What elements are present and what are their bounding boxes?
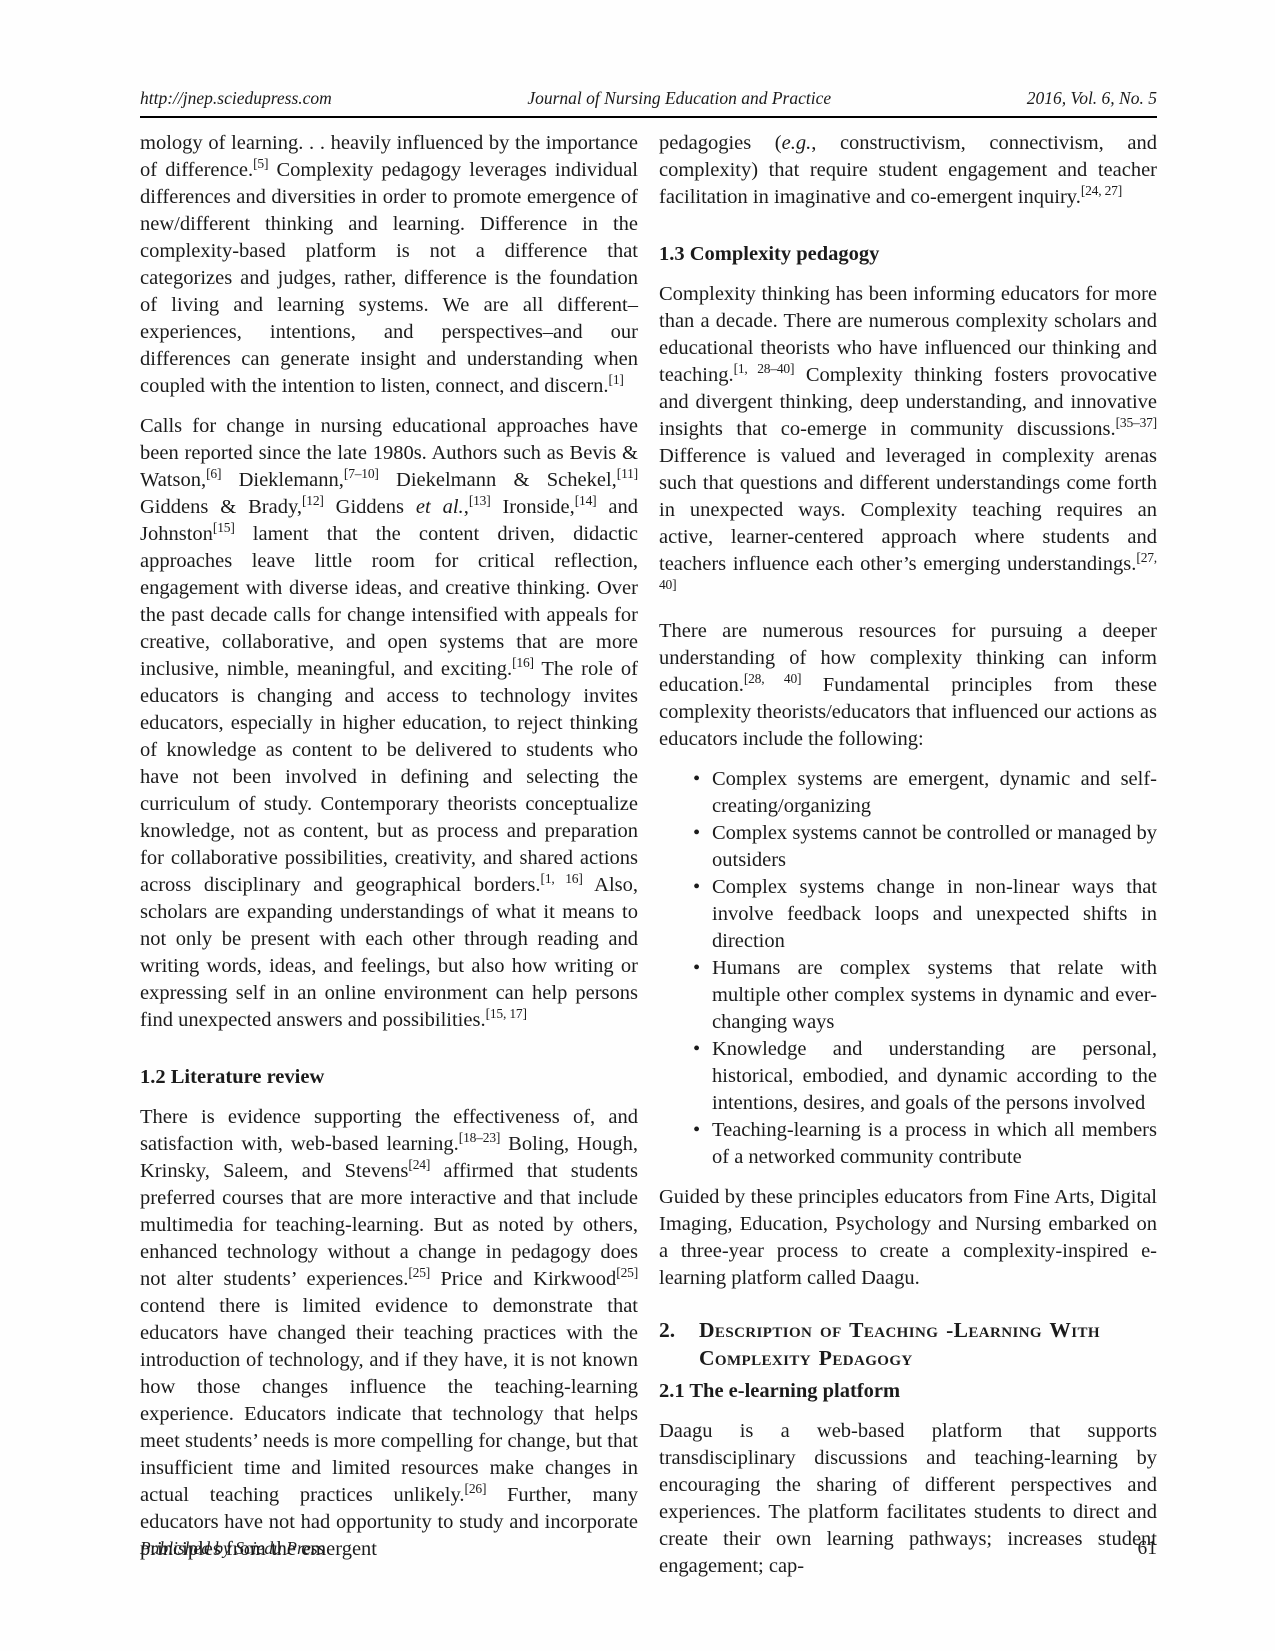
bullet-icon: • [693,955,712,1036]
bullet-list: •Complex systems are emergent, dynamic a… [659,766,1157,1171]
citation-ref: [24] [408,1157,430,1172]
italic-text: e.g. [782,132,812,154]
article-body: mology of learning. . . heavily influenc… [140,130,1157,1593]
section-title: Description of Teaching -Learning With C… [699,1316,1157,1372]
citation-ref: [1, 28–40] [734,361,795,376]
subsection-heading: 1.3 Complexity pedagogy [659,241,1157,268]
citation-ref: [25] [408,1265,430,1280]
list-item: •Teaching-learning is a process in which… [693,1117,1157,1171]
bullet-icon: • [693,1117,712,1171]
citation-ref: [15, 17] [486,1006,527,1021]
left-column: mology of learning. . . heavily influenc… [140,130,638,1593]
italic-text: et al. [416,496,464,518]
list-item-text: Teaching-learning is a process in which … [712,1117,1157,1171]
paragraph: Calls for change in nursing educational … [140,413,638,1034]
citation-ref: [1] [609,372,624,387]
right-column: pedagogies (e.g., constructivism, connec… [659,130,1157,1593]
journal-page: http://jnep.sciedupress.com Journal of N… [0,0,1275,1651]
citation-ref: [27, 40] [659,550,1157,592]
journal-title: Journal of Nursing Education and Practic… [527,88,831,109]
citation-ref: [6] [206,466,221,481]
list-item-text: Complex systems change in non-linear way… [712,874,1157,955]
citation-ref: [12] [302,493,324,508]
page-footer: Published by Sciedu Press 61 [140,1538,1157,1560]
list-item: •Complex systems cannot be controlled or… [693,820,1157,874]
list-item: •Complex systems change in non-linear wa… [693,874,1157,955]
publisher-note: Published by Sciedu Press [140,1538,325,1559]
citation-ref: [5] [253,156,268,171]
citation-ref: [13] [469,493,491,508]
section-heading: 2.Description of Teaching -Learning With… [659,1316,1157,1372]
list-item-text: Complex systems are emergent, dynamic an… [712,766,1157,820]
citation-ref: [14] [575,493,597,508]
paragraph: There are numerous resources for pursuin… [659,618,1157,753]
citation-ref: [18–23] [459,1130,500,1145]
list-item: •Knowledge and understanding are persona… [693,1036,1157,1117]
bullet-icon: • [693,820,712,874]
citation-ref: [25] [616,1265,638,1280]
bullet-icon: • [693,874,712,955]
subsection-heading: 2.1 The e-learning platform [659,1378,1157,1405]
list-item-text: Complex systems cannot be controlled or … [712,820,1157,874]
bullet-icon: • [693,766,712,820]
citation-ref: [26] [465,1481,487,1496]
paragraph: Guided by these principles educators fro… [659,1184,1157,1292]
citation-ref: [1, 16] [541,871,583,886]
paragraph: There is evidence supporting the effecti… [140,1104,638,1563]
page-header: http://jnep.sciedupress.com Journal of N… [140,88,1157,109]
citation-ref: [15] [213,520,235,535]
issue-info: 2016, Vol. 6, No. 5 [1027,88,1157,109]
citation-ref: [16] [512,655,534,670]
list-item: •Complex systems are emergent, dynamic a… [693,766,1157,820]
list-item-text: Knowledge and understanding are personal… [712,1036,1157,1117]
citation-ref: [28, 40] [744,671,802,686]
list-item: •Humans are complex systems that relate … [693,955,1157,1036]
citation-ref: [7–10] [344,466,379,481]
paragraph: mology of learning. . . heavily influenc… [140,130,638,400]
citation-ref: [11] [617,466,638,481]
paragraph: pedagogies (e.g., constructivism, connec… [659,130,1157,211]
citation-ref: [35–37] [1116,415,1157,430]
bullet-icon: • [693,1036,712,1117]
section-number: 2. [659,1316,699,1372]
list-item-text: Humans are complex systems that relate w… [712,955,1157,1036]
page-number: 61 [1138,1538,1158,1560]
header-rule [140,116,1157,118]
journal-url: http://jnep.sciedupress.com [140,88,332,109]
subsection-heading: 1.2 Literature review [140,1064,638,1091]
citation-ref: [24, 27] [1081,183,1122,198]
paragraph: Complexity thinking has been informing e… [659,281,1157,605]
